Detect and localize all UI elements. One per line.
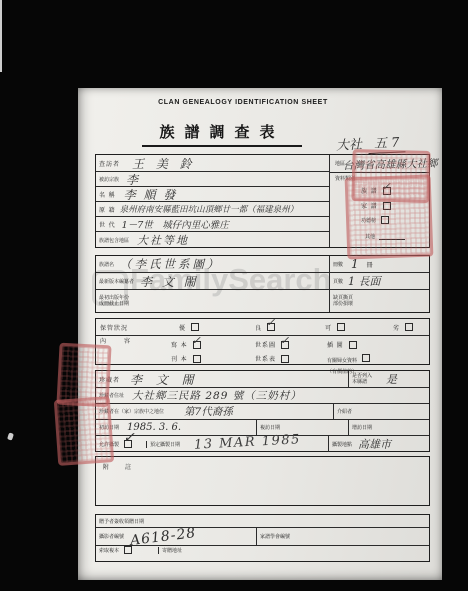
film-edge-artifact — [0, 0, 2, 72]
checkbox — [405, 323, 413, 331]
generations-value: 1－7世 城仔內里心雅庄 — [122, 217, 229, 231]
filming-row: 允許攝製✓ 預定攝製日期 攝製地點 高雄市 13 MAR 1985 — [96, 436, 429, 452]
mailing-address-label: 寄贈地址 — [162, 547, 182, 554]
compiler-value: 李 文 閙 — [140, 273, 199, 290]
first-visit-cell: 初訪日期 1985. 3. 6. — [96, 420, 256, 435]
origin-row: 原 籍 泉州府南安縣藍田坑山頂鄉廿一都（福建泉州） — [96, 202, 329, 217]
film-number-row: 攝影者編號 A618-28 家譜學會編號 — [96, 528, 429, 546]
revisit-cell: 複訪日期 — [256, 420, 348, 435]
holder-value: 李 文 閙 — [130, 371, 199, 388]
volumes-unit: 冊 — [367, 260, 374, 269]
genealogy-title-label: 族譜名 — [99, 261, 114, 268]
coverage-row: 族譜包含地區 大社等地 — [96, 232, 329, 248]
photographer-cell: 攝影者編號 A618-28 — [96, 528, 256, 545]
genealogy-title-row: 族譜名 （李氏世系圖） — [96, 256, 329, 273]
red-seal-stamp — [345, 175, 434, 260]
introducer-cell: 介紹者 — [333, 404, 429, 419]
copy-request-cell: 索取複本 — [96, 546, 158, 554]
holder-address-value: 大社鄉三民路 289 號（三奶村） — [132, 388, 302, 403]
listed-value: 是 — [386, 371, 397, 387]
revisit-label: 複訪日期 — [260, 424, 280, 431]
table-holder: 珍藏者 李 文 閙 是否列入 本縣譜 是 珍藏者住址 大社鄉三民路 289 號（… — [95, 370, 430, 452]
content-option-manuscript: 寫 本✓ — [168, 340, 201, 349]
film-date-label: 預定攝製日期 — [150, 441, 180, 448]
storage-option-fair: 可 — [322, 323, 345, 332]
surveyor-label: 查訪者 — [99, 159, 120, 168]
listed-label: 是否列入 本縣譜 — [352, 373, 372, 385]
form-chinese-title: 族譜調查表 — [142, 121, 302, 147]
content-row: 內 容 寫 本✓ 世系圖✓ 插 圖 刊 本 世系表 有關婦女資料 （有價值的） — [96, 336, 429, 345]
society-number-cell: 家譜學會編號 — [256, 528, 429, 545]
donor-label: 贈予者簽收領贈日期 — [99, 518, 144, 525]
coverage-label: 族譜包含地區 — [99, 237, 129, 244]
holder-row: 珍藏者 李 文 閙 是否列入 本縣譜 是 — [96, 371, 429, 388]
volumes-label: 冊數 — [333, 261, 343, 268]
coverage-value: 大社等地 — [137, 232, 189, 248]
film-place-label: 攝製地點 — [332, 441, 352, 448]
introducer-label: 介紹者 — [337, 408, 352, 415]
checkbox — [191, 323, 199, 331]
missing-pages-row: 缺頁撕頁 部份損壞 — [330, 290, 429, 312]
additional-visit-cell: 增訪日期 — [348, 420, 429, 435]
compiler-row: 最新版本編纂者 李 文 閙 — [96, 273, 329, 290]
content-option-illustrations: 插 圖 — [324, 340, 357, 349]
film-place-cell: 攝製地點 高雄市 — [328, 436, 429, 452]
checkbox: ✓ — [267, 323, 275, 331]
storage-option-excellent: 優 — [176, 323, 199, 332]
content-option-pedigree-table: 世系表 — [252, 354, 289, 363]
photographer-value: A618-28 — [129, 525, 197, 549]
checkbox: ✓ — [281, 341, 289, 349]
donor-row: 贈予者簽收領贈日期 — [96, 515, 429, 528]
checkbox — [337, 323, 345, 331]
additional-visit-label: 增訪日期 — [352, 424, 372, 431]
film-speck-artifact — [7, 432, 14, 440]
table-condition: 保管狀況 優 良✓ 可 劣 內 容 寫 本✓ 世系圖✓ 插 圖 刊 本 世系表 … — [95, 318, 430, 365]
volumes-row: 冊數 1 冊 — [330, 256, 429, 273]
form-english-title: CLAN GENEALOGY IDENTIFICATION SHEET — [78, 99, 408, 106]
name-row: 名 稱 李 順 發 — [96, 187, 329, 202]
film-place-value: 高雄市 — [358, 436, 391, 452]
first-publication-row: 最初出版年份 成冊截止日期 — [96, 290, 329, 312]
name-label: 名 稱 — [99, 190, 116, 199]
copy-request-label: 索取複本 — [99, 547, 119, 554]
table-genealogy: 族譜名 （李氏世系圖） 最新版本編纂者 李 文 閙 最初出版年份 成冊截止日期 … — [95, 255, 430, 313]
checkbox — [124, 546, 132, 554]
generations-row: 世 代 1－7世 城仔內里心雅庄 — [96, 217, 329, 232]
holder-address-row: 珍藏者住址 大社鄉三民路 289 號（三奶村） — [96, 388, 429, 404]
surveyor-row: 查訪者 王 美 鈴 — [96, 155, 329, 172]
table-genealogy-right: 冊數 1 冊 頁數 1 長面 缺頁撕頁 部份損壞 — [330, 256, 429, 312]
pages-label: 頁數 — [333, 278, 343, 285]
surveyor-value: 王 美 鈴 — [132, 155, 196, 172]
checkbox — [349, 341, 357, 349]
checkbox: ✓ — [124, 440, 132, 448]
storage-condition-row: 保管狀況 優 良✓ 可 劣 — [96, 319, 429, 336]
content-label: 內 容 — [100, 336, 136, 345]
checkbox — [193, 355, 201, 363]
holder-position-row: 珍藏者在（家）宗族中之地位 第7代裔孫 介紹者 — [96, 404, 429, 420]
red-seal-stamp — [54, 396, 114, 466]
storage-condition-label: 保管狀況 — [100, 323, 128, 332]
origin-value: 泉州府南安縣藍田坑山頂鄉廿一都（福建泉州） — [120, 203, 299, 215]
compiler-label: 最新版本編纂者 — [99, 278, 134, 285]
first-publication-label: 最初出版年份 成冊截止日期 — [99, 295, 129, 307]
origin-label: 原 籍 — [99, 205, 116, 214]
clan-label: 被訪宗族 — [99, 176, 119, 183]
checkbox: ✓ — [193, 341, 201, 349]
name-value: 李 順 發 — [124, 186, 178, 203]
notes-label: 附 註 — [103, 462, 136, 471]
content-option-printed: 刊 本 — [168, 354, 201, 363]
photographer-label: 攝影者編號 — [99, 533, 124, 540]
listed-cell: 是否列入 本縣譜 是 — [348, 371, 429, 387]
copy-request-row: 索取複本 寄贈地址 — [96, 546, 429, 554]
holder-position-value: 第7代裔孫 — [184, 404, 233, 419]
society-number-label: 家譜學會編號 — [260, 533, 290, 540]
storage-option-good: 良✓ — [252, 323, 275, 332]
table-notes: 附 註 — [95, 456, 430, 506]
microfilm-frame: CLAN GENEALOGY IDENTIFICATION SHEET 族譜調查… — [0, 0, 468, 591]
first-visit-value: 1985. 3. 6. — [127, 422, 181, 433]
table-footer: 贈予者簽收領贈日期 攝影者編號 A618-28 家譜學會編號 索取複本 寄贈地址 — [95, 514, 430, 562]
pages-value: 1 長面 — [348, 273, 381, 289]
missing-pages-label: 缺頁撕頁 部份損壞 — [333, 295, 353, 307]
pages-row: 頁數 1 長面 — [330, 273, 429, 290]
checkbox — [362, 354, 370, 362]
table-genealogy-left: 族譜名 （李氏世系圖） 最新版本編纂者 李 文 閙 最初出版年份 成冊截止日期 — [96, 256, 330, 312]
table-survey-left: 查訪者 王 美 鈴 被訪宗族 李 名 稱 李 順 發 原 籍 泉州府南安縣藍田坑… — [96, 155, 330, 247]
content-option-pedigree-chart: 世系圖✓ — [252, 340, 289, 349]
storage-option-poor: 劣 — [390, 323, 413, 332]
generations-label: 世 代 — [99, 220, 116, 229]
mailing-address-cell: 寄贈地址 — [158, 547, 429, 554]
film-date-stamp: 13 MAR 1985 — [194, 432, 302, 453]
checkbox — [281, 355, 289, 363]
genealogy-title-value: （李氏世系圖） — [120, 256, 222, 272]
